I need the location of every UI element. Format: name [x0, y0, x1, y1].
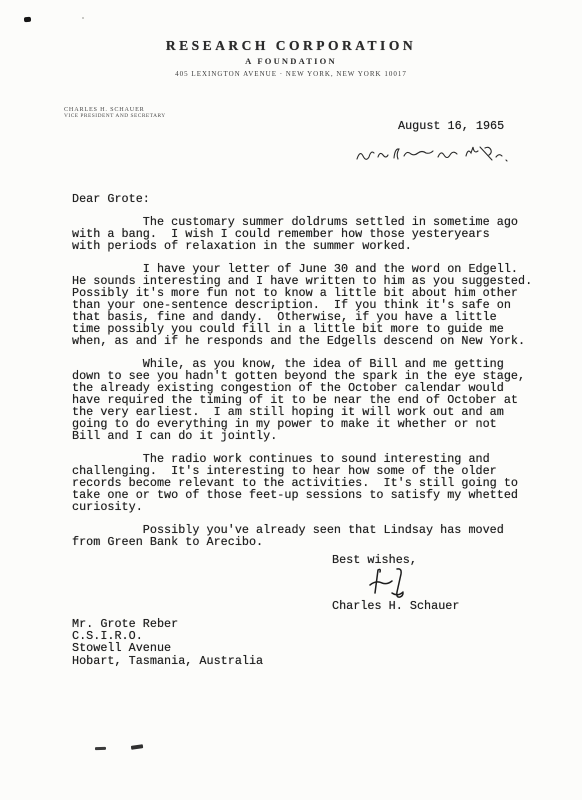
signature [366, 566, 418, 600]
cursive-scribble-icon [354, 144, 516, 170]
letter-body: Dear Grote: The customary summer doldrum… [72, 193, 552, 559]
recipient-address: Mr. Grote Reber C.S.I.R.O. Stowell Avenu… [72, 618, 263, 667]
paragraph-1: The customary summer doldrums settled in… [72, 216, 552, 252]
scan-mark-dot [82, 17, 84, 19]
letter-scan-page: RESEARCH CORPORATION A FOUNDATION 405 LE… [0, 0, 582, 800]
scan-mark-blob [24, 17, 31, 22]
signature-scribble-icon [366, 566, 418, 600]
paragraph-5: Possibly you've already seen that Lindsa… [72, 524, 552, 548]
valediction: Best wishes, [332, 554, 417, 566]
signature-name: Charles H. Schauer [332, 600, 459, 612]
sender-name: CHARLES H. SCHAUER [64, 106, 166, 113]
scan-mark-dash-right [131, 744, 143, 749]
salutation: Dear Grote: [72, 193, 552, 205]
scan-mark-dash-left [95, 747, 106, 750]
org-name: RESEARCH CORPORATION [0, 38, 582, 54]
org-subtitle: A FOUNDATION [0, 56, 582, 66]
sender-block: CHARLES H. SCHAUER VICE PRESIDENT AND SE… [64, 106, 166, 120]
org-address: 405 LEXINGTON AVENUE · NEW YORK, NEW YOR… [0, 70, 582, 78]
date-line: August 16, 1965 [398, 120, 504, 132]
letterhead: RESEARCH CORPORATION A FOUNDATION 405 LE… [0, 38, 582, 78]
paragraph-2: I have your letter of June 30 and the wo… [72, 263, 552, 347]
paragraph-4: The radio work continues to sound intere… [72, 453, 552, 513]
handwritten-annotation [354, 144, 516, 170]
paragraph-3: While, as you know, the idea of Bill and… [72, 358, 552, 442]
sender-title: VICE PRESIDENT AND SECRETARY [64, 113, 166, 120]
